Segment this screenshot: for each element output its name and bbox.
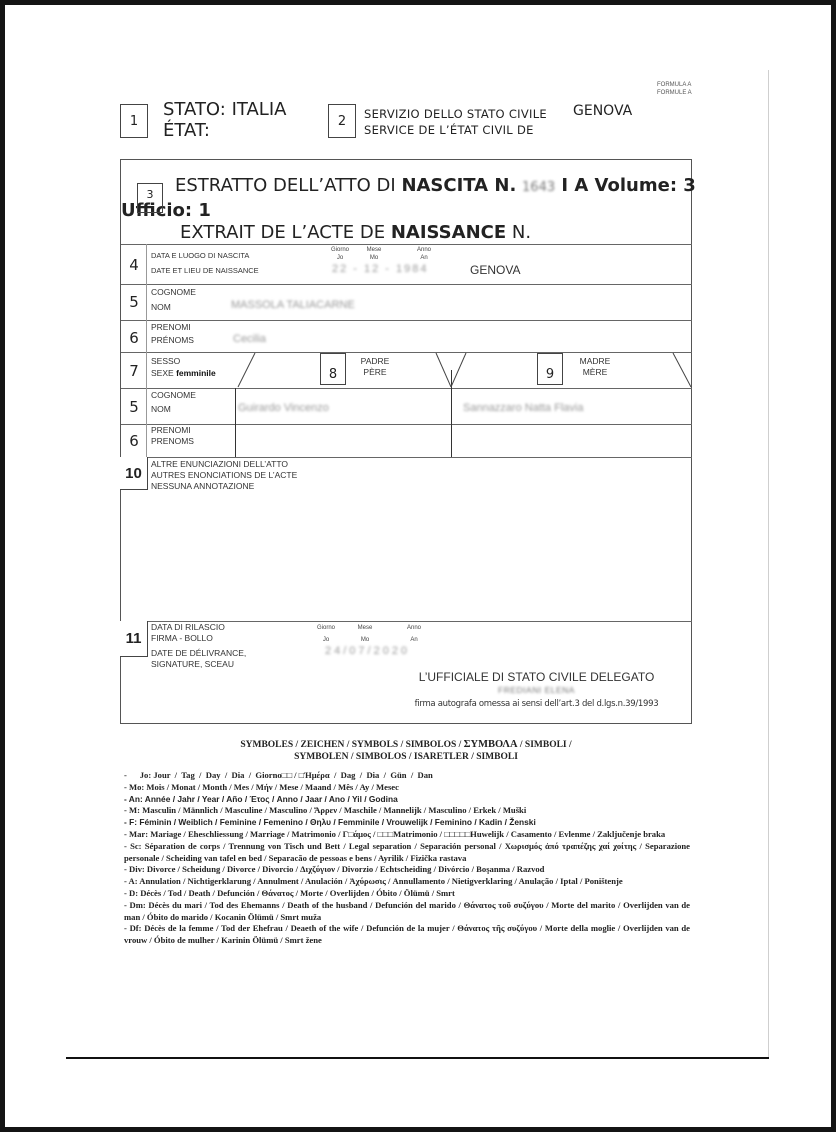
box-8-number: 8 <box>320 353 346 385</box>
legend-item-death-wife: - Df: Décès de la femme / Tod der Ehefra… <box>124 923 690 947</box>
legend-heading-1b: ΣΥΜΒΟΛΑ <box>464 739 518 750</box>
mother-header: MADRE MÈRE <box>574 356 616 378</box>
issue-date-label-fr: DATE DE DÉLIVRANCE, <box>151 648 246 659</box>
other-statements-label-fr: AUTRES ENONCIATIONS DE L’ACTE <box>151 470 297 481</box>
parent-surname-label-it: COGNOME <box>151 390 196 401</box>
parent-surname-label-fr: NOM <box>151 404 171 415</box>
legend-item-death: - D: Décès / Tod / Death / Defunción / Θ… <box>124 888 690 900</box>
mother-label-it: MADRE <box>574 356 616 367</box>
legend-heading-line-1: SYMBOLES / ZEICHEN / SYMBOLS / SIMBOLOS … <box>120 739 692 751</box>
issue-year-it: Anno <box>400 624 428 632</box>
issue-day-fr: Jo <box>312 636 340 644</box>
officer-title: L’UFFICIALE DI STATO CIVILE DELEGATO <box>383 670 690 684</box>
parent-section-diagonals <box>0 0 836 500</box>
legend-item-year: - An: Année / Jahr / Year / Año / Έτος /… <box>124 794 690 806</box>
legend-list: - Jo: Jour / Tag / Day / Dia / Giorno□□ … <box>124 770 690 947</box>
issue-date-label-it: DATA DI RILASCIO <box>151 622 225 633</box>
page-bottom-rule <box>66 1057 769 1059</box>
father-name-value: Guirardo Vincenzo <box>238 402 329 414</box>
legend-item-marriage: - Mar: Mariage / Eheschliessung / Marria… <box>124 829 690 841</box>
legend-heading-1c: / SIMBOLI / <box>518 740 572 750</box>
issue-month-fr: Mo <box>351 636 379 644</box>
legend-heading-line-2: SYMBOLEN / SIMBOLOS / ISARETLER / SIMBOL… <box>120 751 692 763</box>
parent-given-names-label-it: PRENOMI <box>151 425 191 436</box>
issue-day-it: Giorno <box>312 624 340 632</box>
legend-heading: SYMBOLES / ZEICHEN / SYMBOLS / SIMBOLOS … <box>120 739 692 763</box>
issue-month-col-label: Mese Mo <box>351 624 379 644</box>
father-label-it: PADRE <box>355 356 395 367</box>
legend-heading-1a: SYMBOLES / ZEICHEN / SYMBOLS / SIMBOLOS … <box>240 740 463 750</box>
row-10-number: 10 <box>120 457 148 490</box>
legend-item-annulment: - A: Annulation / Nichtigerklarung / Ann… <box>124 876 690 888</box>
issue-year-col-label: Anno An <box>400 624 428 644</box>
box-9-number: 9 <box>537 353 563 385</box>
officer-name: FREDIANI ELENA <box>383 685 690 695</box>
parent-given-names-label-fr: PRENOMS <box>151 436 194 447</box>
mother-label-fr: MÈRE <box>574 367 616 378</box>
legend-item-divorce: - Div: Divorce / Scheidung / Divorce / D… <box>124 864 690 876</box>
row-6b-number: 6 <box>123 432 145 450</box>
issue-year-fr: An <box>400 636 428 644</box>
legend-item-male: - M: Masculin / Männlich / Masculine / M… <box>124 805 690 817</box>
issue-day-col-label: Giorno Jo <box>312 624 340 644</box>
legend-item-separation: - Sc: Séparation de corps / Trennung von… <box>124 841 690 865</box>
father-label-fr: PÈRE <box>355 367 395 378</box>
signature-stamp-label-it: FIRMA - BOLLO <box>151 633 213 644</box>
legend-item-month: - Mo: Mois / Monat / Month / Mes / Μήν /… <box>124 782 690 794</box>
mother-name-value: Sannazzaro Natta Flavia <box>463 402 583 414</box>
other-statements-label-it: ALTRE ENUNCIAZIONI DELL’ATTO <box>151 459 288 470</box>
row-11-number: 11 <box>120 621 148 657</box>
issue-month-it: Mese <box>351 624 379 632</box>
legend-item-day: - Jo: Jour / Tag / Day / Dia / Giorno□□ … <box>124 770 690 782</box>
father-header: PADRE PÈRE <box>355 356 395 378</box>
signature-stamp-label-fr: SIGNATURE, SCEAU <box>151 659 234 670</box>
other-statements-value: NESSUNA ANNOTAZIONE <box>151 481 254 492</box>
issue-date-value: 24/07/2020 <box>325 645 410 657</box>
signature-omission-note: firma autografa omessa ai sensi dell’art… <box>383 699 690 709</box>
legend-item-female: - F: Féminin / Weiblich / Feminine / Fem… <box>124 817 690 829</box>
row-5b-number: 5 <box>123 398 145 416</box>
legend-item-death-husband: - Dm: Décès du mari / Tod des Ehemanns /… <box>124 900 690 924</box>
